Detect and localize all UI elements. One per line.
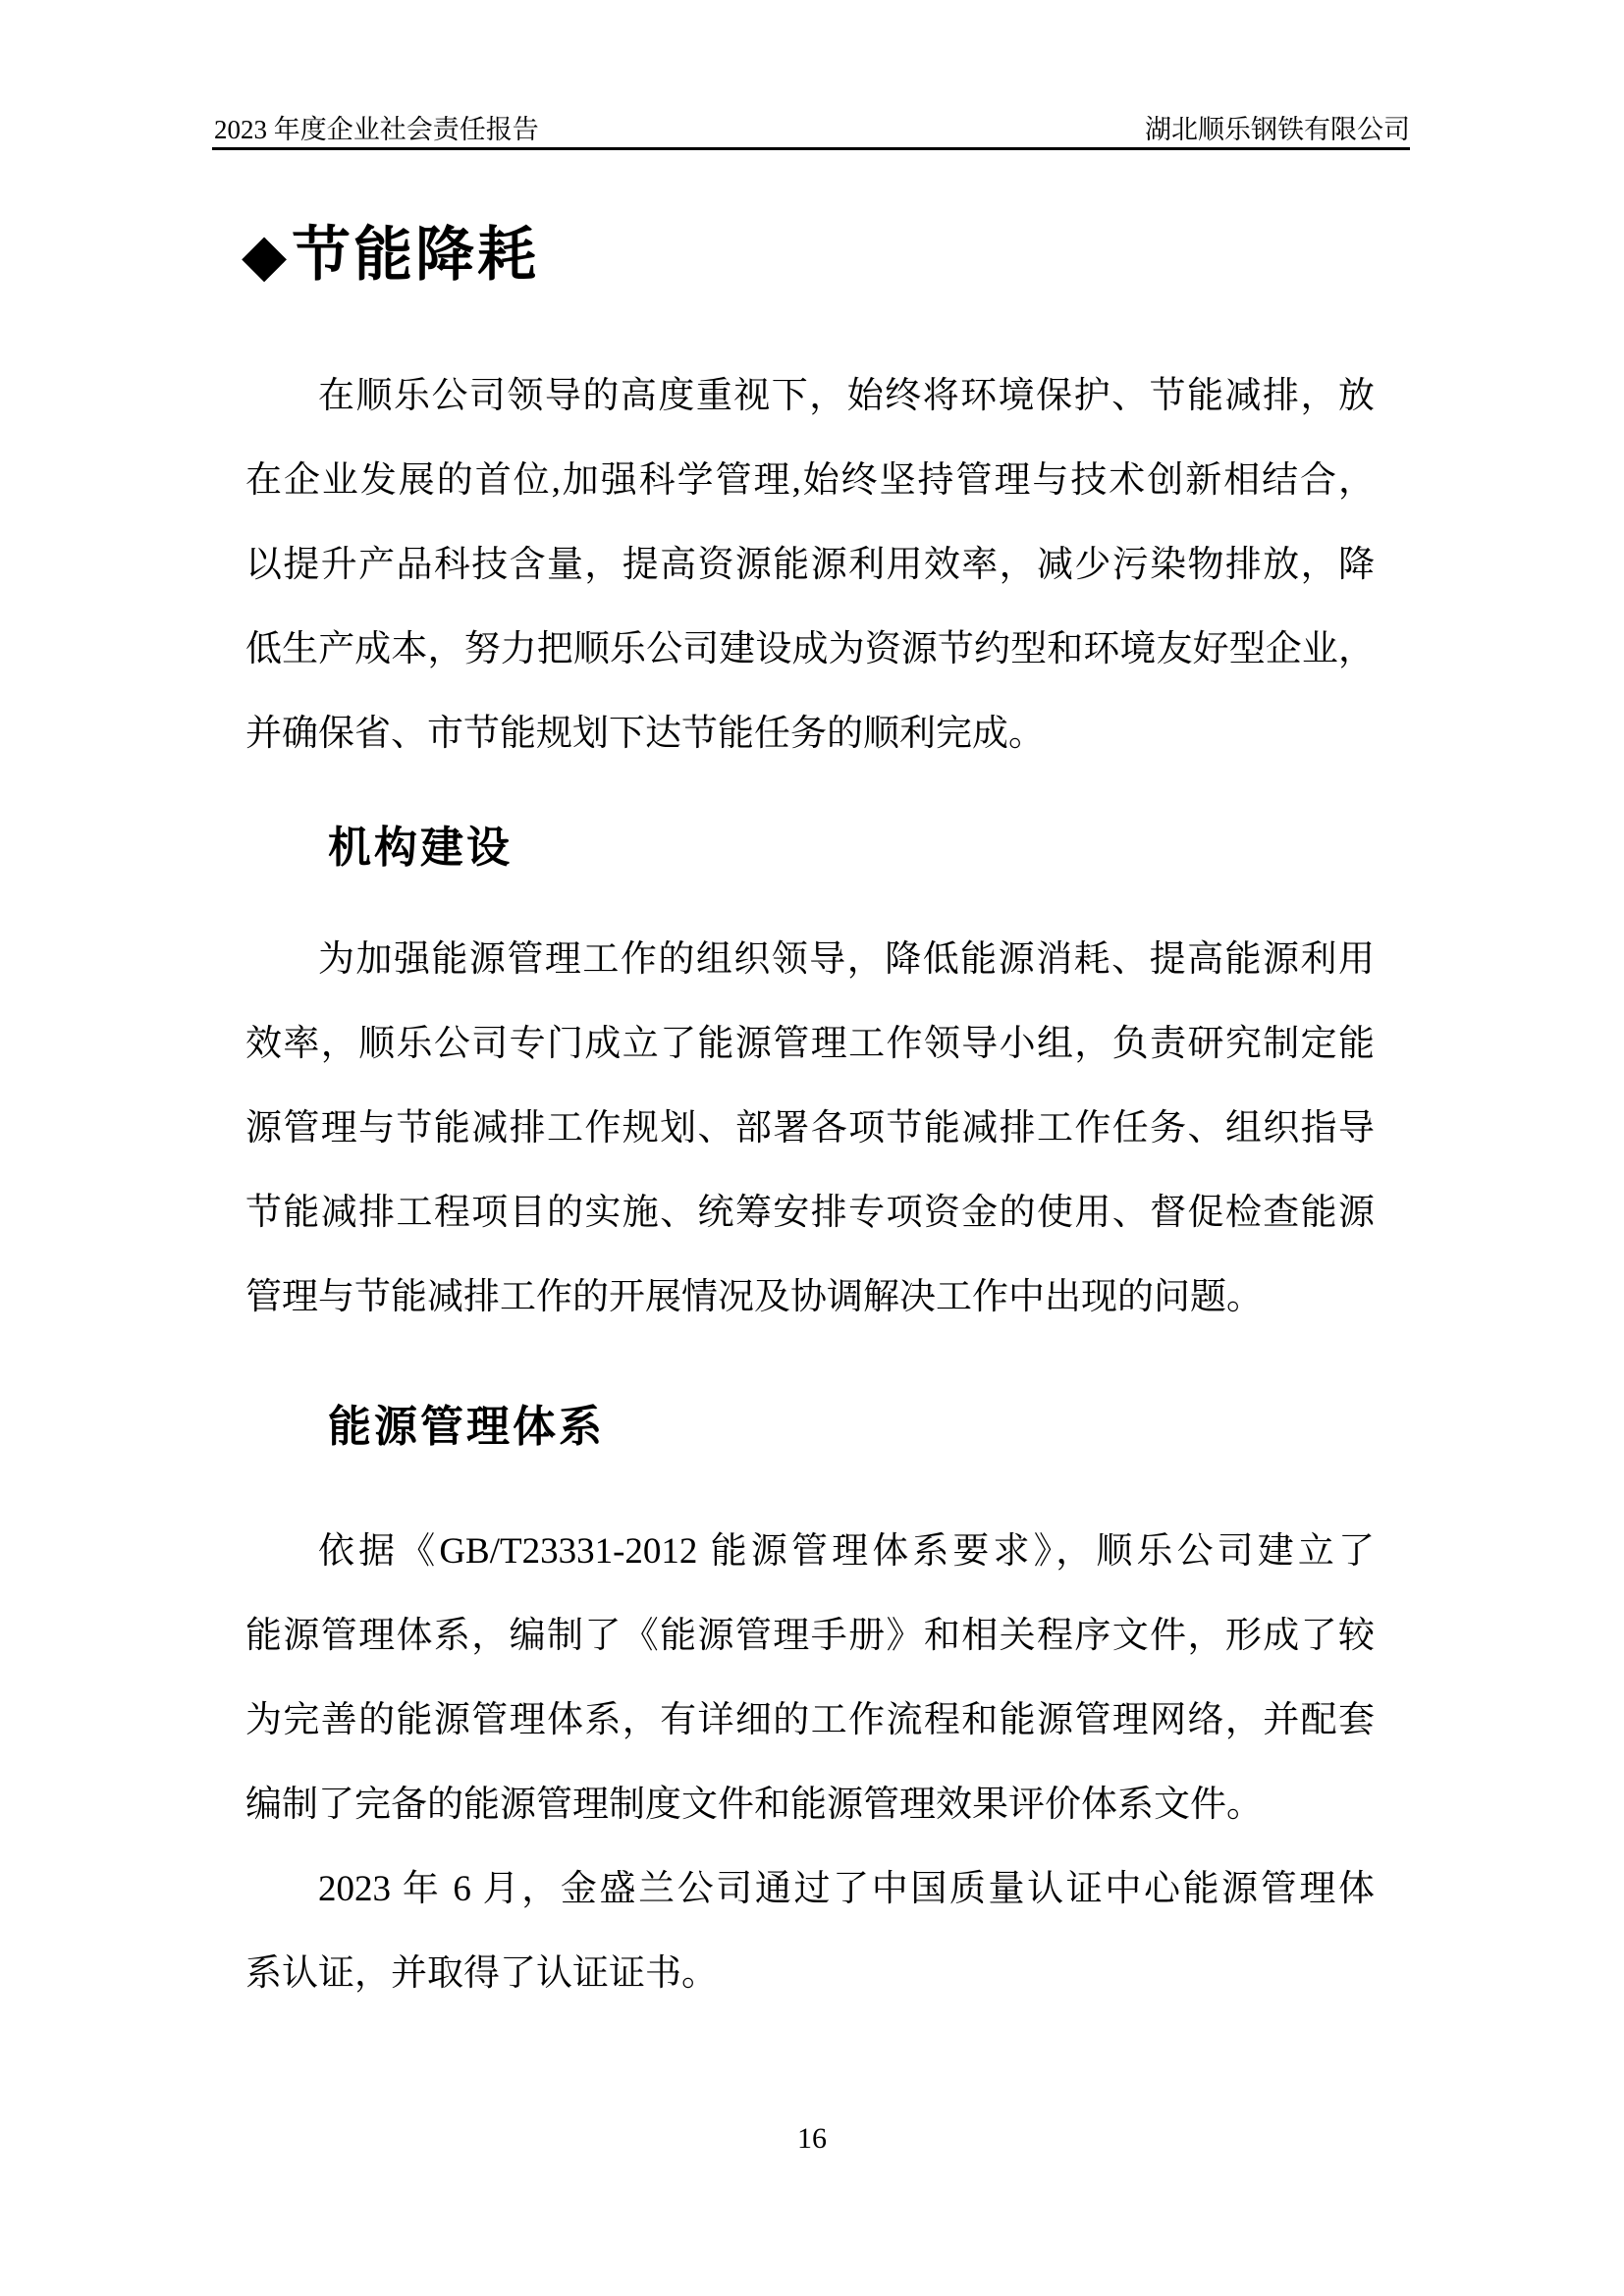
paragraph-line: 能源管理体系，编制了《能源管理手册》和相关程序文件，形成了较 [245,1594,1375,1679]
paragraph-line: 为加强能源管理工作的组织领导，降低能源消耗、提高能源利用 [245,918,1375,1002]
paragraph: 2023 年 6 月，金盛兰公司通过了中国质量认证中心能源管理体 系认证，并取得… [245,1847,1375,2016]
paragraph-line: 效率，顺乐公司专门成立了能源管理工作领导小组，负责研究制定能 [245,1002,1375,1087]
paragraph-line: 依据《GB/T23331-2012 能源管理体系要求》，顺乐公司建立了 [245,1510,1375,1594]
paragraph-line: 系认证，并取得了认证证书。 [245,1932,1375,2016]
paragraph-line: 在顺乐公司领导的高度重视下，始终将环境保护、节能减排，放 [245,354,1375,439]
chapter-title-text: 节能降耗 [292,223,539,288]
running-header: 2023 年度企业社会责任报告 湖北顺乐钢铁有限公司 [212,114,1410,150]
section-heading-energy-system: 能源管理体系 [328,1402,605,1453]
paragraph-line: 低生产成本，努力把顺乐公司建设成为资源节约型和环境友好型企业， [245,608,1375,692]
paragraph: 依据《GB/T23331-2012 能源管理体系要求》，顺乐公司建立了 能源管理… [245,1510,1375,1847]
header-report-title: 2023 年度企业社会责任报告 [214,108,539,146]
paragraph-line: 以提升产品科技含量，提高资源能源利用效率，减少污染物排放，降 [245,523,1375,608]
header-company-name: 湖北顺乐钢铁有限公司 [1145,108,1410,146]
paragraph-line: 节能减排工程项目的实施、统筹安排专项资金的使用、督促检查能源 [245,1171,1375,1255]
page-number: 16 [0,2122,1624,2156]
chapter-title: ◆节能降耗 [242,208,539,293]
paragraph-line: 在企业发展的首位,加强科学管理,始终坚持管理与技术创新相结合， [245,439,1375,523]
paragraph: 为加强能源管理工作的组织领导，降低能源消耗、提高能源利用 效率，顺乐公司专门成立… [245,918,1375,1340]
paragraph-line: 2023 年 6 月，金盛兰公司通过了中国质量认证中心能源管理体 [245,1847,1375,1932]
diamond-icon: ◆ [242,221,290,290]
paragraph-line: 并确保省、市节能规划下达节能任务的顺利完成。 [245,692,1375,776]
report-page: 2023 年度企业社会责任报告 湖北顺乐钢铁有限公司 ◆节能降耗 在顺乐公司领导… [0,0,1624,2296]
section-heading-organization: 机构建设 [328,823,513,874]
paragraph-line: 管理与节能减排工作的开展情况及协调解决工作中出现的问题。 [245,1255,1375,1340]
paragraph: 在顺乐公司领导的高度重视下，始终将环境保护、节能减排，放 在企业发展的首位,加强… [245,354,1375,776]
paragraph-line: 为完善的能源管理体系，有详细的工作流程和能源管理网络，并配套 [245,1679,1375,1763]
paragraph-line: 编制了完备的能源管理制度文件和能源管理效果评价体系文件。 [245,1763,1375,1847]
paragraph-line: 源管理与节能减排工作规划、部署各项节能减排工作任务、组织指导 [245,1087,1375,1171]
